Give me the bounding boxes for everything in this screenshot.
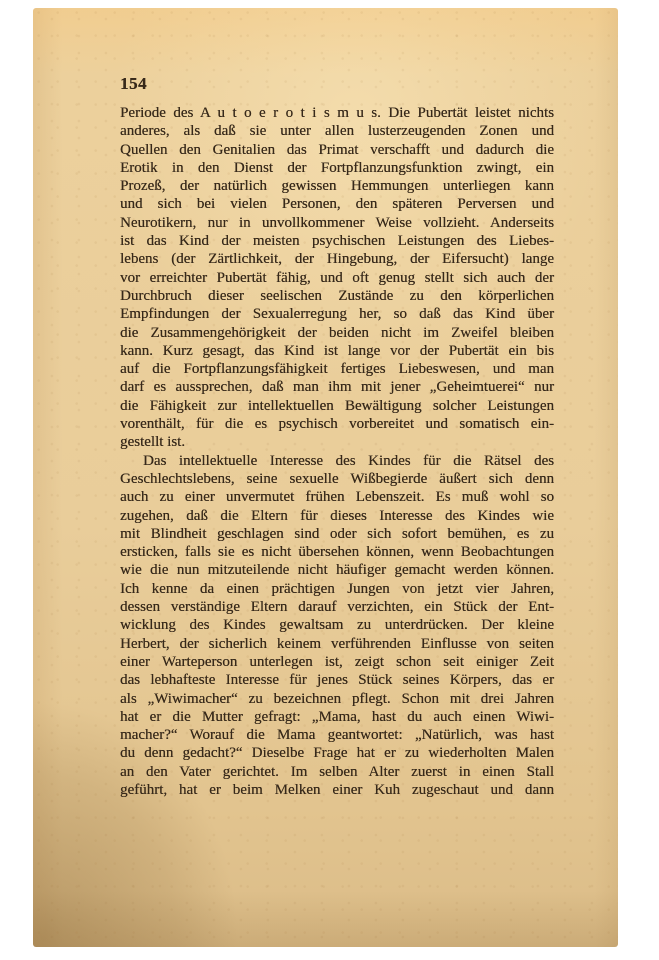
text-line: kann. Kurz gesagt, das Kind ist lange vo… (120, 342, 554, 360)
text-line: macher?“ Worauf die Mama geantwortet: „N… (120, 726, 554, 744)
text-line: hat er die Mutter gefragt: „Mama, hast d… (120, 708, 554, 726)
text-line: vorenthält, für die es psychisch vorbere… (120, 415, 554, 433)
text-line: Erotik in den Dienst der Fortpflanzungsf… (120, 159, 554, 177)
text-line: vor erreichter Pubertät fähig, und oft g… (120, 269, 554, 287)
text-line: Periode des A u t o e r o t i s m u s. D… (120, 104, 554, 122)
text-line: Quellen den Genitalien das Primat versch… (120, 141, 554, 159)
scan-canvas: 154 Periode des A u t o e r o t i s m u … (0, 0, 659, 960)
text-line: darf es aussprechen, daß man ihm mit jen… (120, 378, 554, 396)
text-line: anderes, als daß sie unter allen lusterz… (120, 122, 554, 140)
text-line: lebens (der Zärtlichkeit, der Hingebung,… (120, 250, 554, 268)
text-line: wicklung des Kindes gewaltsam zu unterdr… (120, 616, 554, 634)
text-line: Neurotikern, nur in unvollkommener Weise… (120, 214, 554, 232)
text-line: gestellt ist. (120, 433, 554, 451)
text-line: und sich bei vielen Personen, den später… (120, 195, 554, 213)
text-line: Durchbruch dieser seelischen Zustände zu… (120, 287, 554, 305)
text-line: an den Vater gerichtet. Im selben Alter … (120, 763, 554, 781)
text-line: ersticken, falls sie es nicht übersehen … (120, 543, 554, 561)
text-line: geführt, hat er beim Melken einer Kuh zu… (120, 781, 554, 799)
text-line: ist das Kind der meisten psychischen Lei… (120, 232, 554, 250)
text-line: Empfindungen der Sexualerregung her, so … (120, 305, 554, 323)
text-block: Periode des A u t o e r o t i s m u s. D… (120, 104, 554, 799)
text-line: wie die nun mitzuteilende nicht häufiger… (120, 561, 554, 579)
text-line: auch zu einer unvermutet frühen Lebensze… (120, 488, 554, 506)
text-line: du denn gedacht?“ Dieselbe Frage hat er … (120, 744, 554, 762)
text-line: mit Blindheit geschlagen sind oder sich … (120, 525, 554, 543)
text-line: Das intellektuelle Interesse des Kindes … (120, 452, 554, 470)
text-line: dessen verständige Eltern darauf verzich… (120, 598, 554, 616)
page-number: 154 (120, 74, 147, 94)
text-line: Geschlechtslebens, seine sexuelle Wißbeg… (120, 470, 554, 488)
text-line: auf die Fortpflanzungsfähigkeit fertiges… (120, 360, 554, 378)
text-line: als „Wiwimacher“ zu bezeichnen pflegt. S… (120, 690, 554, 708)
text-line: zugehen, daß die Eltern für dieses Inter… (120, 507, 554, 525)
text-line: einer Warteperson unterlegen ist, zeigt … (120, 653, 554, 671)
text-line: Ich kenne da einen prächtigen Jungen von… (120, 580, 554, 598)
text-line: die Zusammengehörigkeit der beiden nicht… (120, 324, 554, 342)
text-line: Prozeß, der natürlich gewissen Hemmungen… (120, 177, 554, 195)
book-page: 154 Periode des A u t o e r o t i s m u … (33, 8, 618, 947)
text-line: Herbert, der sicherlich keinem verführen… (120, 635, 554, 653)
text-line: die Fähigkeit zur intellektuellen Bewält… (120, 397, 554, 415)
text-line: das lebhafteste Interesse für jenes Stüc… (120, 671, 554, 689)
